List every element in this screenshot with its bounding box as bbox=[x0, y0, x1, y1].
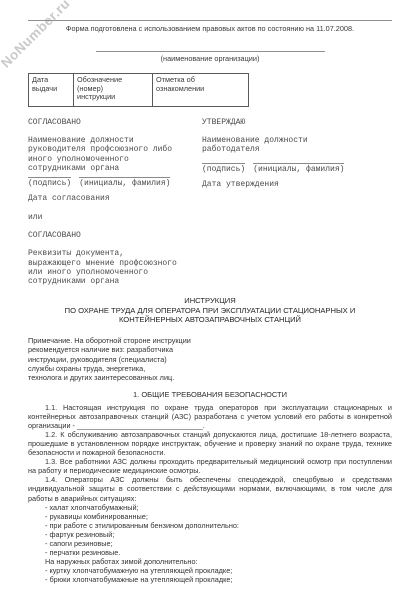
cell-instruction-number: Обозначение (номер) инструкции bbox=[74, 74, 153, 107]
approved-column: УТВЕРЖДАЮ Наименование должности работод… bbox=[202, 118, 392, 286]
ppe-list: - халат хлопчатобумажный; - рукавицы ком… bbox=[45, 503, 392, 585]
paragraph-1-3: 1.3. Все работники АЗС должны проходить … bbox=[28, 457, 392, 475]
agreed-header-text: СОГЛАСОВАНО Наименование должности руков… bbox=[28, 118, 202, 173]
name-line: (инициалы, фамилия) bbox=[79, 177, 170, 188]
section-1-heading: 1. ОБЩИЕ ТРЕБОВАНИЯ БЕЗОПАСНОСТИ bbox=[28, 390, 392, 399]
agreed-signature-row: (подпись) (инициалы, фамилия) bbox=[28, 177, 202, 188]
agreed-footer-text: Дата согласования или СОГЛАСОВАНО Реквиз… bbox=[28, 194, 202, 286]
name-line: (инициалы, фамилия) bbox=[253, 163, 344, 174]
signature-line: (подпись) bbox=[202, 163, 245, 174]
reverse-side-note: Примечание. На оборотной стороне инструк… bbox=[28, 336, 392, 382]
document-page: Форма подготовлена с использованием прав… bbox=[0, 0, 420, 600]
section-1-body: 1.1. Настоящая инструкция по охране труд… bbox=[28, 403, 392, 585]
document-title: ИНСТРУКЦИЯ ПО ОХРАНЕ ТРУДА ДЛЯ ОПЕРАТОРА… bbox=[28, 296, 392, 324]
cell-acknowledgement-mark: Отметка об ознакомлении bbox=[153, 74, 249, 107]
organization-name-block: (наименование организации) bbox=[96, 51, 325, 63]
approval-date-label: Дата утверждения bbox=[202, 180, 392, 189]
approved-signature-row: (подпись) (инициалы, фамилия) bbox=[202, 163, 392, 174]
approved-header-text: УТВЕРЖДАЮ Наименование должности работод… bbox=[202, 118, 392, 155]
approval-section: СОГЛАСОВАНО Наименование должности руков… bbox=[28, 118, 392, 286]
signature-line: (подпись) bbox=[28, 177, 71, 188]
cell-issue-date: Дата выдачи bbox=[29, 74, 74, 107]
paragraph-1-2: 1.2. К обслуживанию автозаправочных стан… bbox=[28, 430, 392, 457]
instruction-register-table: Дата выдачи Обозначение (номер) инструкц… bbox=[28, 73, 249, 107]
agreed-column: СОГЛАСОВАНО Наименование должности руков… bbox=[28, 118, 202, 286]
table-row: Дата выдачи Обозначение (номер) инструкц… bbox=[29, 74, 249, 107]
form-prepared-note: Форма подготовлена с использованием прав… bbox=[28, 20, 392, 33]
organization-name-caption: (наименование организации) bbox=[96, 51, 325, 63]
paragraph-1-4: 1.4. Операторы АЗС должны быть обеспечен… bbox=[28, 475, 392, 502]
paragraph-1-1: 1.1. Настоящая инструкция по охране труд… bbox=[28, 403, 392, 430]
